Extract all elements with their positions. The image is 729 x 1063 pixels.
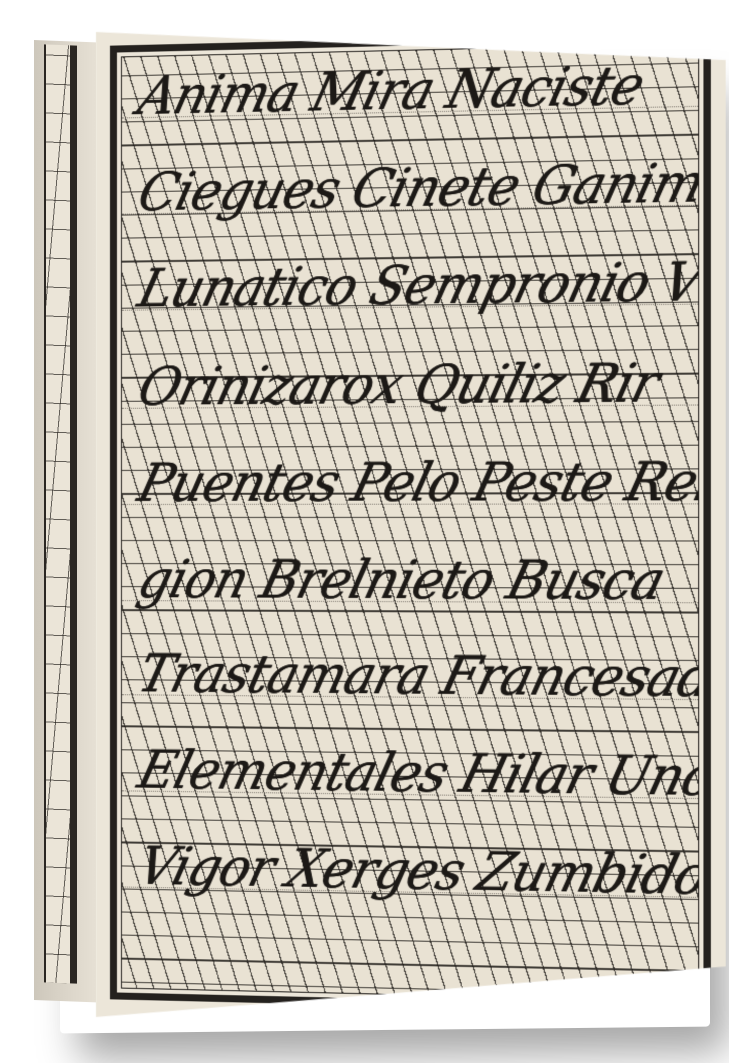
script-line: Vigor Xerges Zumbido. (122, 830, 698, 938)
canvas-spine (34, 40, 96, 1002)
script-line-text: Anima Mira Naciste (132, 53, 699, 127)
script-line: Orinizarox Quiliz Rir (122, 347, 698, 448)
artwork-border: Anima Mira Naciste Ciegues Cinete Ganime… (110, 31, 711, 1013)
canvas-print-scene: Anima Mira Naciste Ciegues Cinete Ganime… (0, 0, 729, 1063)
script-line: Anima Mira Naciste (122, 48, 698, 157)
script-line: Puentes Pelo Peste Reli- (122, 446, 698, 545)
script-line-text: Vigor Xerges Zumbido. (132, 836, 699, 907)
script-line: gion Brelnieto Busca (122, 544, 698, 643)
script-line: Trastamara Francesada (122, 638, 698, 740)
spine-border-band (44, 44, 77, 983)
script-line-text: Lunatico Sempronio Vr (132, 251, 699, 320)
script-line-text: Ciegues Cinete Ganimedes (132, 152, 699, 223)
script-line-text: gion Brelnieto Busca (132, 549, 699, 612)
calligraphy-sheet: Anima Mira Naciste Ciegues Cinete Ganime… (121, 43, 699, 1002)
script-line: Ciegues Cinete Ganimedes (122, 147, 698, 254)
script-line: Lunatico Sempronio Vr (122, 246, 698, 350)
script-line-text: Trastamara Francesada (132, 643, 699, 709)
script-line-text: Elementales Hilar Unos (132, 740, 699, 809)
script-line-text: Puentes Pelo Peste Reli- (132, 451, 699, 514)
script-line-text: Orinizarox Quiliz Rir (132, 352, 699, 418)
canvas-front: Anima Mira Naciste Ciegues Cinete Ganime… (96, 17, 726, 1033)
script-line: Elementales Hilar Unos (122, 734, 698, 839)
